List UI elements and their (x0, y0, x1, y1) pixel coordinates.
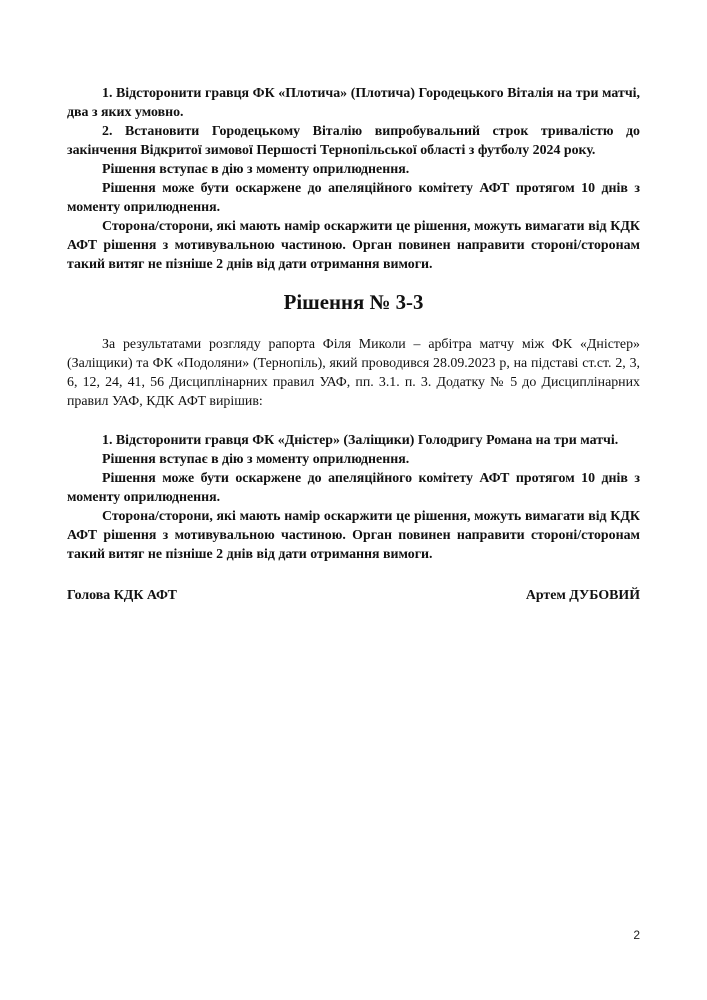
decision-intro: За результатами розгляду рапорта Філя Ми… (67, 335, 640, 411)
decision-item-1: 1. Відсторонити гравця ФК «Дністер» (Зал… (67, 431, 640, 450)
decision-item-1: 1. Відсторонити гравця ФК «Плотича» (Пло… (67, 84, 640, 122)
effective-clause: Рішення вступає в дію з моменту оприлюдн… (67, 160, 640, 179)
signatory-name: Артем ДУБОВИЙ (526, 586, 640, 605)
decision-section-previous: 1. Відсторонити гравця ФК «Плотича» (Пло… (67, 84, 640, 274)
decision-item-2: 2. Встановити Городецькому Віталію випро… (67, 122, 640, 160)
appeal-clause: Рішення може бути оскаржене до апеляційн… (67, 179, 640, 217)
reasoning-request-clause: Сторона/сторони, які мають намір оскаржи… (67, 217, 640, 274)
page-number: 2 (633, 928, 640, 942)
appeal-clause: Рішення може бути оскаржене до апеляційн… (67, 469, 640, 507)
document-page: 1. Відсторонити гравця ФК «Плотича» (Пло… (67, 84, 640, 605)
signature-block: Голова КДК АФТ Артем ДУБОВИЙ (67, 586, 640, 605)
signatory-position: Голова КДК АФТ (67, 586, 177, 605)
reasoning-request-clause: Сторона/сторони, які мають намір оскаржи… (67, 507, 640, 564)
effective-clause: Рішення вступає в дію з моменту оприлюдн… (67, 450, 640, 469)
decision-section-3-3: За результатами розгляду рапорта Філя Ми… (67, 335, 640, 564)
decision-heading: Рішення № 3-3 (67, 293, 640, 312)
